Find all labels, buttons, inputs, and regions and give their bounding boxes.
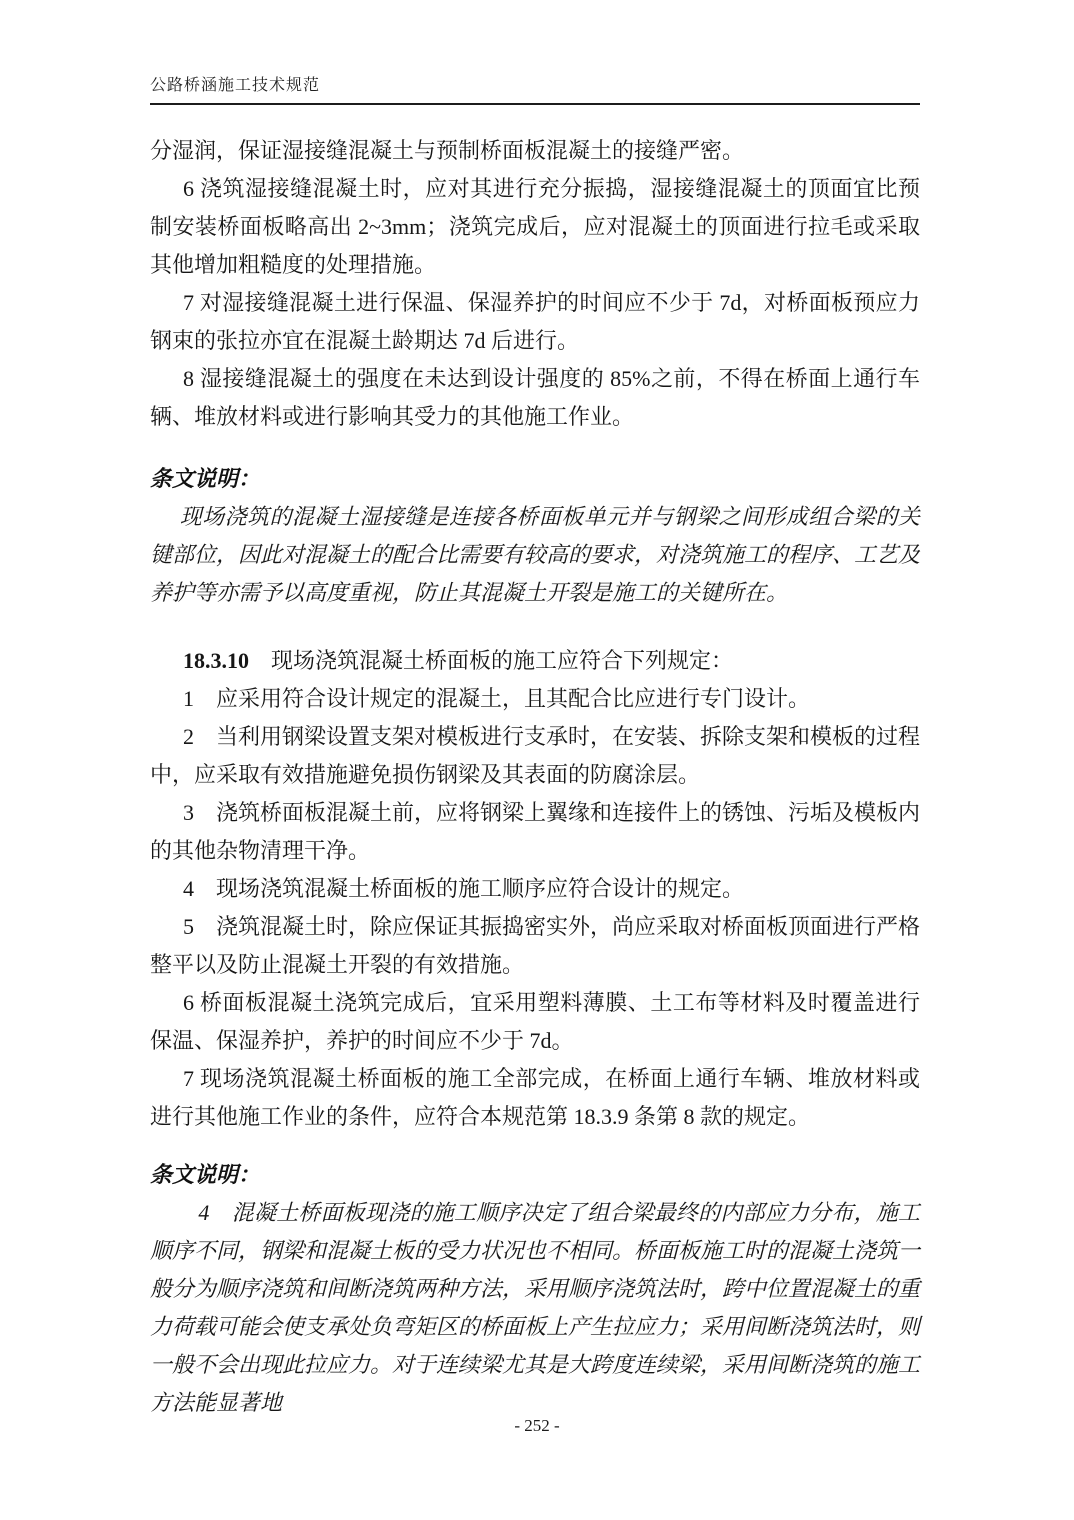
clause-item: 6 浇筑湿接缝混凝土时，应对其进行充分振捣，湿接缝混凝土的顶面宜比预制安装桥面板…: [150, 170, 920, 284]
clause-item: 5 浇筑混凝土时，除应保证其振捣密实外，尚应采取对桥面板顶面进行严格整平以及防止…: [150, 908, 920, 984]
clause-item: 7 现场浇筑混凝土桥面板的施工全部完成，在桥面上通行车辆、堆放材料或进行其他施工…: [150, 1060, 920, 1136]
clause-item: 6 桥面板混凝土浇筑完成后，宜采用塑料薄膜、土工布等材料及时覆盖进行保温、保湿养…: [150, 984, 920, 1060]
clause-item: 1 应采用符合设计规定的混凝土，且其配合比应进行专门设计。: [150, 680, 920, 718]
commentary-heading: 条文说明：: [150, 460, 920, 498]
commentary-paragraph: 4 混凝土桥面板现浇的施工顺序决定了组合梁最终的内部应力分布，施工顺序不同，钢梁…: [150, 1194, 920, 1422]
clause-item: 2 当利用钢梁设置支架对模板进行支承时，在安装、拆除支架和模板的过程中，应采取有…: [150, 718, 920, 794]
clause-item: 8 湿接缝混凝土的强度在未达到设计强度的 85%之前，不得在桥面上通行车辆、堆放…: [150, 360, 920, 436]
clause-item: 4 现场浇筑混凝土桥面板的施工顺序应符合设计的规定。: [150, 870, 920, 908]
clause-title: 现场浇筑混凝土桥面板的施工应符合下列规定：: [249, 648, 733, 673]
running-header: 公路桥涵施工技术规范: [150, 72, 920, 105]
commentary-paragraph: 现场浇筑的混凝土湿接缝是连接各桥面板单元并与钢梁之间形成组合梁的关键部位，因此对…: [150, 498, 920, 612]
page-number: - 252 -: [514, 1416, 559, 1435]
clause-18-3-10: 18.3.10 现场浇筑混凝土桥面板的施工应符合下列规定：: [150, 642, 920, 680]
clause-item: 3 浇筑桥面板混凝土前，应将钢梁上翼缘和连接件上的锈蚀、污垢及模板内的其他杂物清…: [150, 794, 920, 870]
page-footer: - 252 -: [0, 1416, 1074, 1436]
document-page: 公路桥涵施工技术规范 分湿润，保证湿接缝混凝土与预制桥面板混凝土的接缝严密。 6…: [0, 0, 1074, 1520]
paragraph-continuation: 分湿润，保证湿接缝混凝土与预制桥面板混凝土的接缝严密。: [150, 132, 920, 170]
page-body: 分湿润，保证湿接缝混凝土与预制桥面板混凝土的接缝严密。 6 浇筑湿接缝混凝土时，…: [150, 132, 920, 1422]
clause-number: 18.3.10: [183, 648, 249, 673]
clause-item: 7 对湿接缝混凝土进行保温、保湿养护的时间应不少于 7d，对桥面板预应力钢束的张…: [150, 284, 920, 360]
running-head-title: 公路桥涵施工技术规范: [150, 77, 320, 94]
commentary-heading: 条文说明：: [150, 1156, 920, 1194]
